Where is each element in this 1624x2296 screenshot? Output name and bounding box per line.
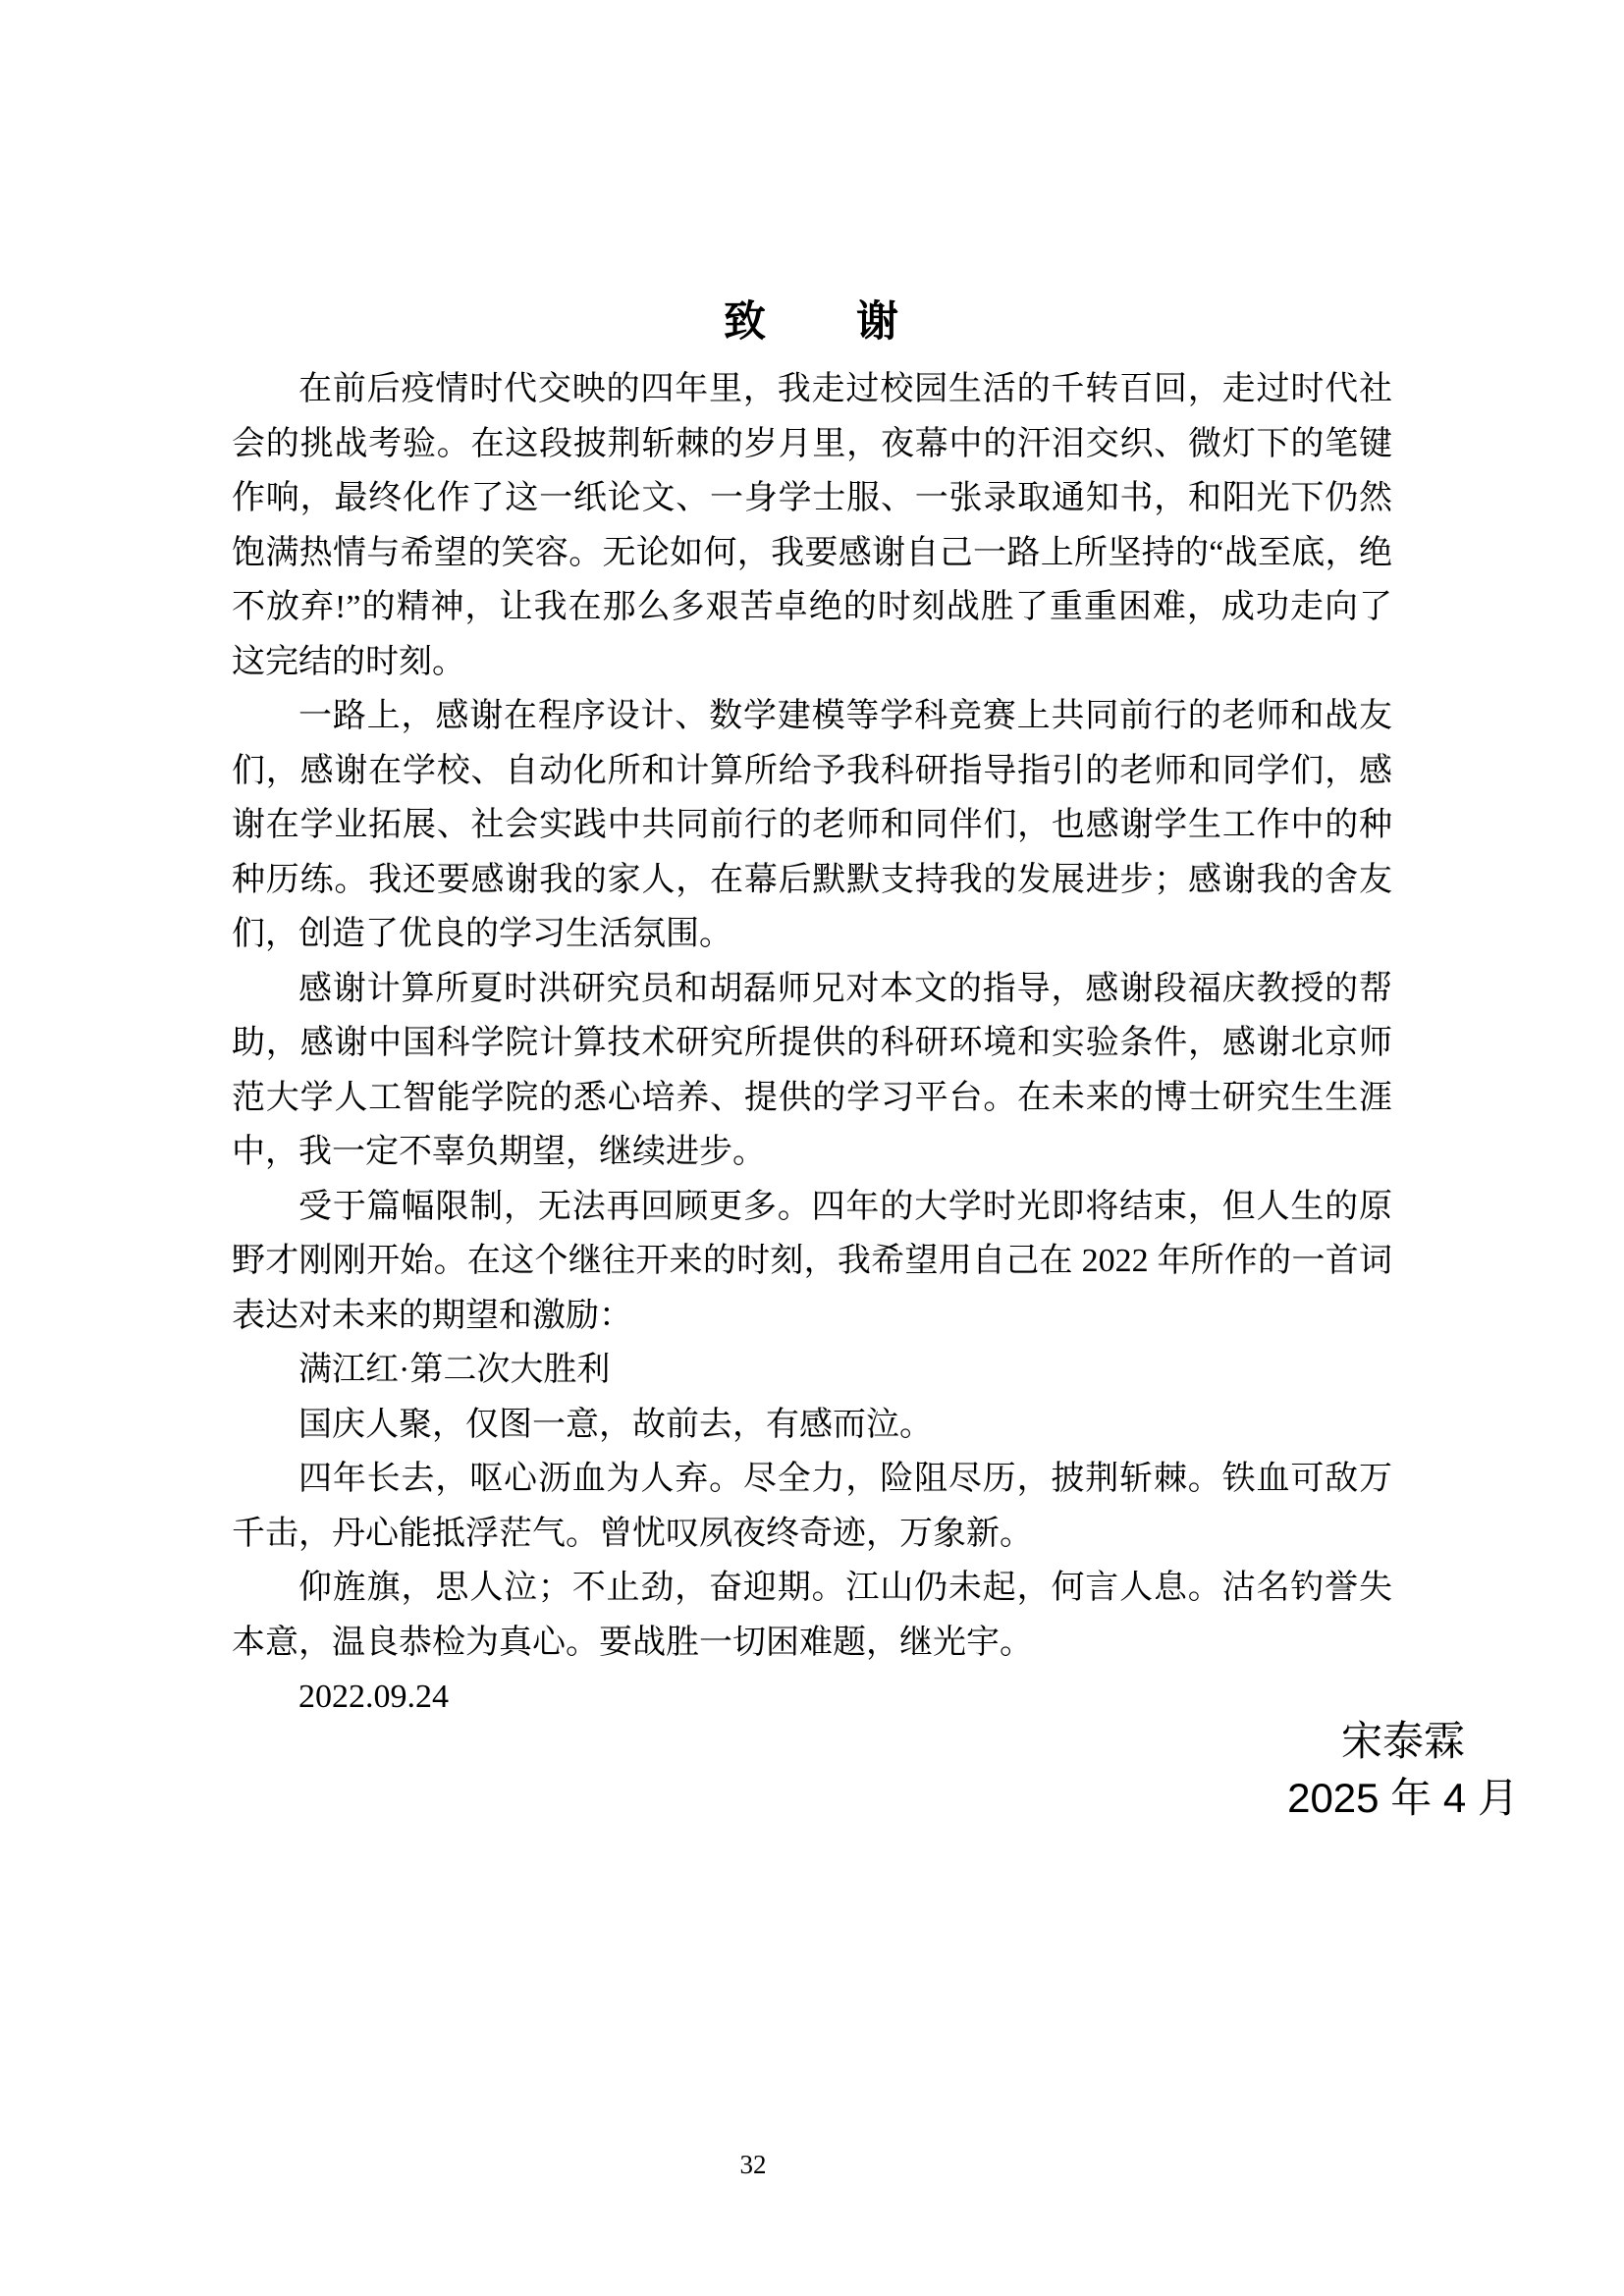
signature-name: 宋泰霖: [1266, 1713, 1541, 1770]
acknowledgement-paragraph-1: 在前后疫情时代交映的四年里，我走过校园生活的千转百回，走过时代社会的挑战考验。在…: [232, 362, 1392, 689]
page-number: 32: [0, 2148, 1565, 2181]
poem-line-3: 仰旌旗，思人泣；不止劲，奋迎期。江山仍未起，何言人息。沽名钓誉失本意，温良恭检为…: [232, 1561, 1392, 1670]
acknowledgement-paragraph-4: 受于篇幅限制，无法再回顾更多。四年的大学时光即将结束，但人生的原野才刚刚开始。在…: [232, 1180, 1392, 1344]
poem-line-1: 国庆人聚，仅图一意，故前去，有感而泣。: [232, 1398, 1392, 1453]
page-title: 致 谢: [0, 298, 1624, 346]
poem-title-line: 满江红·第二次大胜利: [232, 1343, 1392, 1398]
document-page: 致 谢 在前后疫情时代交映的四年里，我走过校园生活的千转百回，走过时代社会的挑战…: [0, 0, 1624, 2296]
acknowledgement-paragraph-2: 一路上，感谢在程序设计、数学建模等学科竞赛上共同前行的老师和战友们，感谢在学校、…: [232, 689, 1392, 962]
acknowledgement-paragraph-3: 感谢计算所夏时洪研究员和胡磊师兄对本文的指导，感谢段福庆教授的帮助，感谢中国科学…: [232, 962, 1392, 1180]
composition-date: 2022.09.24: [232, 1670, 1392, 1725]
acknowledgement-body: 在前后疫情时代交映的四年里，我走过校园生活的千转百回，走过时代社会的挑战考验。在…: [232, 362, 1392, 1725]
signature-date: 2025 年 4 月: [1266, 1770, 1541, 1827]
signature-block: 宋泰霖 2025 年 4 月: [1266, 1713, 1541, 1827]
poem-line-2: 四年长去，呕心沥血为人弃。尽全力，险阻尽历，披荆斩棘。铁血可敌万千击，丹心能抵浮…: [232, 1452, 1392, 1561]
